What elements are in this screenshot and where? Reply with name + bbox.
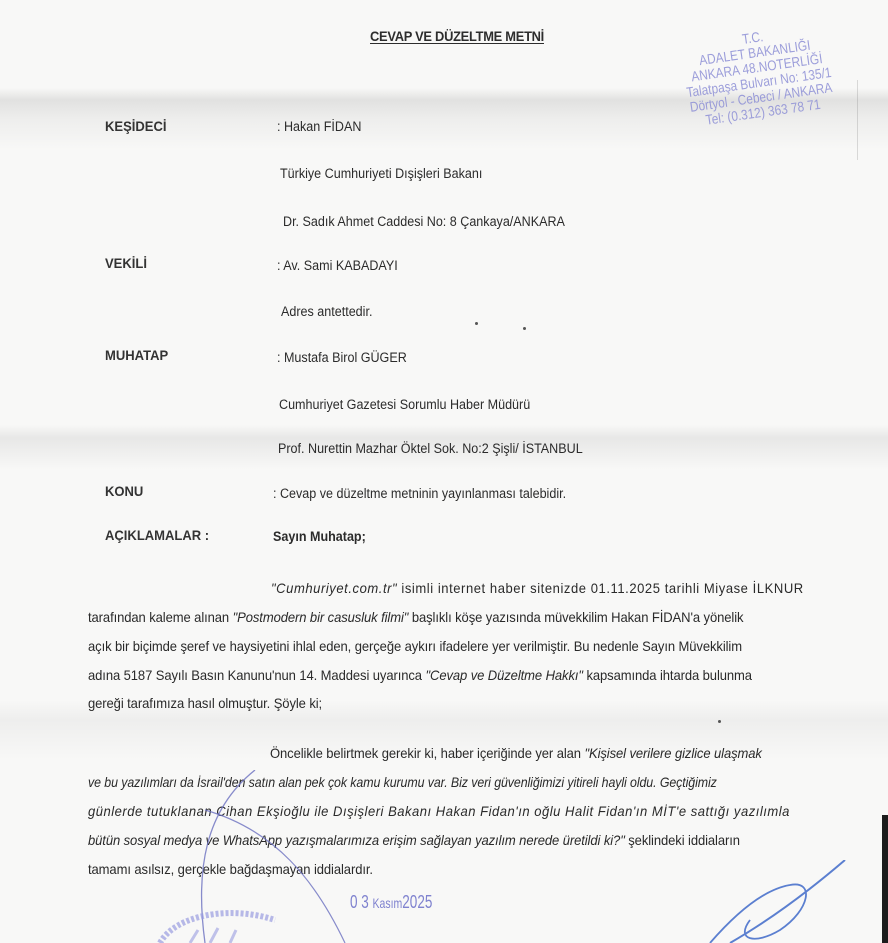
- para1-line5: gereği tarafımıza hasıl olmuştur. Şöyle …: [88, 695, 856, 711]
- text: Öncelikle belirtmek gerekir ki, haber iç…: [270, 745, 584, 761]
- text: tarafından kaleme alınan: [88, 609, 233, 625]
- para1-line2: tarafından kaleme alınan "Postmodern bir…: [88, 609, 856, 625]
- muhatap-address: Prof. Nurettin Mazhar Öktel Sok. No:2 Şi…: [278, 441, 583, 456]
- kesideci-label: KEŞİDECİ: [105, 118, 166, 134]
- right-name: "Cevap ve Düzeltme Hakkı": [425, 667, 582, 683]
- kesideci-address: Dr. Sadık Ahmet Caddesi No: 8 Çankaya/AN…: [283, 214, 565, 229]
- official-seal: [150, 900, 290, 943]
- date-year: 2025: [402, 892, 432, 912]
- vekili-name: : Av. Sami KABADAYI: [277, 258, 398, 273]
- muhatap-title: Cumhuriyet Gazetesi Sorumlu Haber Müdürü: [279, 397, 530, 412]
- scan-speck: [523, 327, 526, 330]
- para1-line1: "Cumhuriyet.com.tr" isimli internet habe…: [271, 580, 888, 596]
- quote: "Kişisel verilere gizlice ulaşmak: [584, 745, 761, 761]
- scan-edge-shadow: [882, 815, 888, 943]
- text: adına 5187 Sayılı Basın Kanunu'nun 14. M…: [88, 667, 425, 683]
- scan-speck: [475, 322, 478, 325]
- konu-label: KONU: [105, 483, 143, 499]
- signature: [640, 860, 860, 943]
- date-month: Kasım: [373, 895, 403, 911]
- document-title: CEVAP VE DÜZELTME METNİ: [370, 28, 544, 44]
- konu-value: : Cevap ve düzeltme metninin yayınlanmas…: [273, 486, 566, 501]
- scan-speck: [718, 720, 721, 723]
- para1-line4: adına 5187 Sayılı Basın Kanunu'nun 14. M…: [88, 667, 856, 683]
- aciklamalar-label: AÇIKLAMALAR :: [105, 527, 209, 543]
- muhatap-name: : Mustafa Birol GÜGER: [277, 350, 407, 365]
- text: şeklindeki iddiaların: [625, 832, 740, 848]
- quote: ve bu yazılımları da İsrail'den satın al…: [88, 774, 717, 790]
- kesideci-title: Türkiye Cumhuriyeti Dışişleri Bakanı: [280, 166, 482, 181]
- quote: günlerde tutuklanan Cihan Ekşioğlu ile D…: [88, 803, 790, 819]
- vekili-address: Adres antettedir.: [281, 304, 372, 319]
- site-name: "Cumhuriyet.com.tr": [271, 580, 397, 596]
- salutation: Sayın Muhatap;: [273, 529, 366, 544]
- text: isimli internet haber sitenizde 01.11.20…: [397, 580, 804, 596]
- text: kapsamında ihtarda bulunma: [583, 667, 752, 683]
- para2-line1: Öncelikle belirtmek gerekir ki, haber iç…: [270, 745, 888, 761]
- para1-line3: açık bir biçimde şeref ve haysiyetini ih…: [88, 638, 856, 654]
- text: başlıklı köşe yazısında müvekkilim Hakan…: [408, 609, 743, 625]
- kesideci-name: : Hakan FİDAN: [277, 119, 361, 134]
- muhatap-label: MUHATAP: [105, 347, 168, 363]
- vekili-label: VEKİLİ: [105, 255, 147, 271]
- article-title: "Postmodern bir casusluk filmi": [233, 609, 409, 625]
